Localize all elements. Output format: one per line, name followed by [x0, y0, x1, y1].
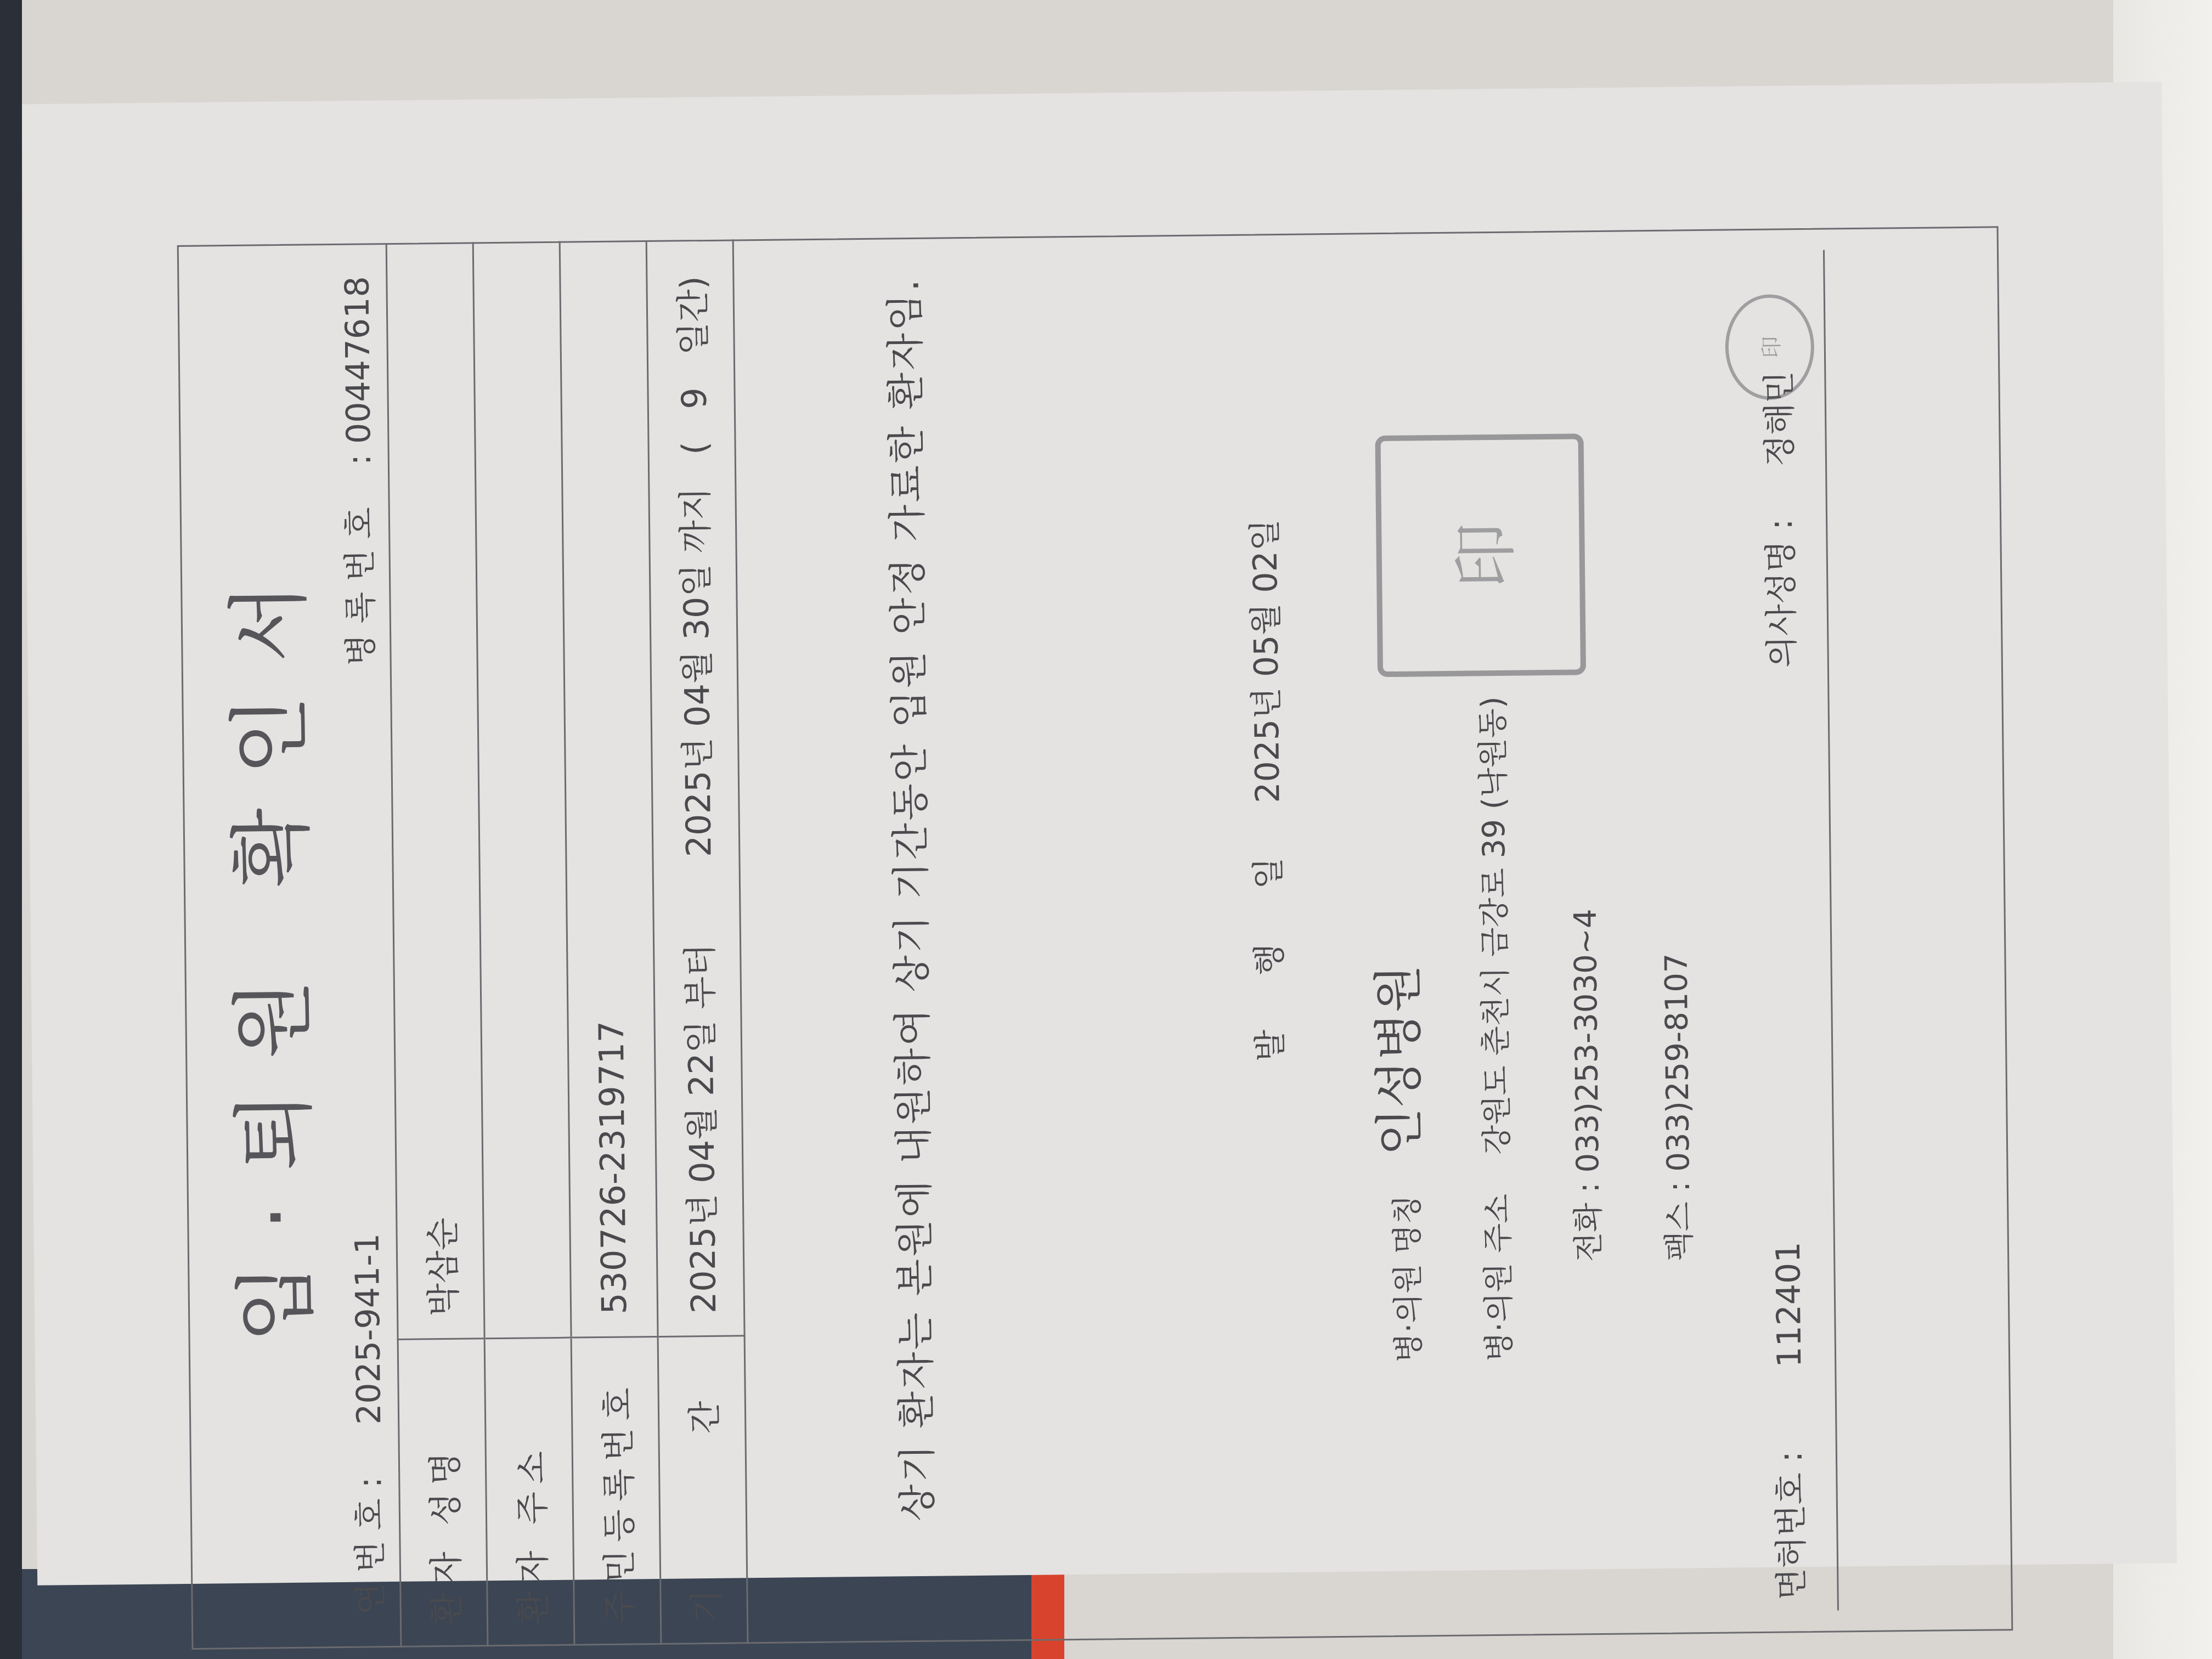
- hospital-info: 병·의원 명칭 인성병원 병·의원 주소 강원도 춘천시 금강로 39 (낙원동…: [1350, 694, 1726, 1363]
- doctor-label: 의사성명 :: [1762, 518, 1802, 668]
- table-row: 환자 주소: [473, 241, 574, 1647]
- table-row: 환자 성명 박삼순: [386, 242, 488, 1647]
- issue-date: 발 행 일 2025년 05월 02일: [1239, 519, 1291, 1062]
- resident-number-label: 주민등록번호: [571, 1336, 661, 1645]
- patient-name-value: 박삼순: [386, 242, 484, 1339]
- hospital-address: 강원도 춘천시 금강로 39 (낙원동): [1475, 696, 1515, 1155]
- issue-date-label: 발 행 일: [1249, 835, 1290, 1062]
- hospital-name: 인성병원: [1370, 964, 1430, 1156]
- background-dark-edge: [0, 0, 22, 1659]
- serial-label: 연 번 호 :: [351, 1477, 391, 1615]
- hospital-name-label: 병·의원 명칭: [1390, 1194, 1427, 1363]
- patient-info-table: 환자 성명 박삼순 환자 주소 주민등록번호 530726-2319717 기 …: [386, 239, 749, 1647]
- hospital-fax-line: 팩스 : 033)259-8107: [1628, 694, 1726, 1360]
- patient-address-label: 환자 주소: [484, 1338, 574, 1646]
- patient-address-value: [473, 241, 571, 1339]
- hospital-name-line: 병·의원 명칭 인성병원: [1350, 697, 1454, 1363]
- hospital-fax: 033)259-8107: [1658, 953, 1696, 1172]
- hospital-seal-stamp: 印: [1375, 433, 1586, 677]
- period-label: 기 간: [658, 1336, 748, 1645]
- hospital-phone-line: 전화 : 033)253-3030~4: [1538, 695, 1635, 1361]
- chart-label: 병 록 번 호: [341, 507, 381, 666]
- admission-discharge-certificate: 입·퇴원 확인서 연 번 호 : 2025-941-1 병 록 번 호 : 00…: [177, 226, 2013, 1650]
- license-number: 면허번호 : 112401: [1762, 1242, 1813, 1600]
- license-value: 112401: [1769, 1242, 1809, 1368]
- chart-value: : 00447618: [338, 276, 379, 465]
- paper-sheet: 입·퇴원 확인서 연 번 호 : 2025-941-1 병 록 번 호 : 00…: [22, 82, 2177, 1585]
- issue-date-value: 2025년 05월 02일: [1246, 519, 1287, 803]
- hospital-fax-label: 팩스 :: [1661, 1181, 1698, 1261]
- serial-value: 2025-941-1: [348, 1233, 389, 1425]
- patient-name-label: 환자 성명: [398, 1339, 488, 1647]
- hospital-address-label: 병·의원 주소: [1480, 1194, 1517, 1362]
- chart-number: 병 록 번 호 : 00447618: [331, 276, 382, 666]
- document-title: 입·퇴원 확인서: [199, 244, 332, 1649]
- serial-number: 연 번 호 : 2025-941-1: [341, 1233, 392, 1615]
- hospital-address-line: 병·의원 주소 강원도 춘천시 금강로 39 (낙원동): [1447, 696, 1545, 1362]
- hospital-phone: 033)253-3030~4: [1568, 909, 1606, 1173]
- license-label: 면허번호 :: [1771, 1451, 1812, 1600]
- resident-number-value: 530726-2319717: [560, 240, 658, 1338]
- hospital-phone-label: 전화 :: [1571, 1182, 1607, 1262]
- doctor-seal-stamp: 印: [1725, 294, 1815, 400]
- table-row: 기 간 2025년 04월 22일 부터 2025년 04월 30일 까지 ( …: [646, 239, 748, 1645]
- period-value: 2025년 04월 22일 부터 2025년 04월 30일 까지 ( 9 일간…: [646, 239, 744, 1336]
- doctor-signature: 의사성명 : 정해민: [1753, 371, 1803, 668]
- table-row: 주민등록번호 530726-2319717: [560, 240, 661, 1646]
